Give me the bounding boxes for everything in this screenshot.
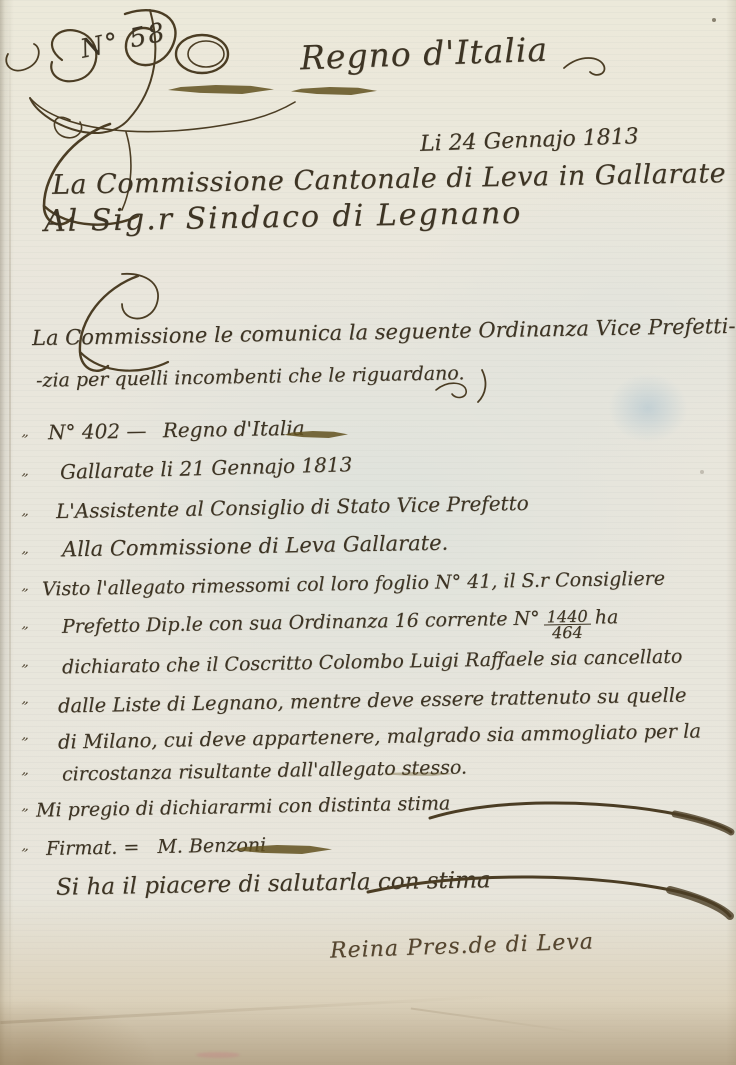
margin-ditto-mark: „ [21,503,30,520]
margin-ditto-mark: „ [21,691,30,708]
paper-stain [196,1052,240,1058]
ordinance-closing-line: Mi pregio di dichiararmi con distinta st… [36,792,451,821]
signatory-name: M. Benzoni [157,834,266,858]
ordinance-ref-title: Regno d'Italia [163,416,305,442]
signature: Reina Pres.de di Leva [330,929,595,963]
letter-scan: N° 58 Regno d'Italia Li 24 Gennajo 1813 … [0,0,736,1065]
margin-ditto-mark: „ [21,424,30,441]
ordinance-body-line: dalle Liste di Legnano, mentre deve esse… [58,684,687,718]
paper-fold-line [9,0,11,1065]
margin-ditto-mark: „ [21,798,30,815]
margin-ditto-mark: „ [21,762,30,779]
recipient-line: Al Sig.r Sindaco di Legnano [44,196,523,239]
closing-swash [425,790,735,840]
ordinance-issuer-line: L'Assistente al Consiglio di Stato Vice … [56,491,529,523]
ordinance-reference-pre: Prefetto Dip.le con sua Ordinanza 16 cor… [62,608,540,638]
margin-ditto-mark: „ [21,727,30,744]
dateline: Li 24 Gennajo 1813 [420,124,639,157]
ordinance-dateline: Gallarate li 21 Gennajo 1813 [60,452,353,484]
salutation-swash [360,868,736,924]
margin-ditto-mark: „ [21,654,30,671]
ink-speck [700,470,704,474]
ordinance-ref-number: N° 402 — [48,419,147,445]
ink-speck [712,18,716,22]
ordinance-ref-line: N° 402 — Regno d'Italia [48,416,305,444]
ordinance-body-line-with-reference: Prefetto Dip.le con sua Ordinanza 16 cor… [62,606,619,649]
ordinance-reference-fraction: 1440464 [544,608,592,641]
margin-ditto-mark: „ [21,541,30,558]
firmat-label: Firmat. = [46,836,140,860]
margin-ditto-mark: „ [21,463,30,480]
ordinance-body-line: circostanza risultante dall'allegato ste… [62,756,467,785]
paper-crease [411,1007,590,1034]
margin-ditto-mark: „ [21,578,30,595]
intro-end-swash [430,368,490,404]
ordinance-body-line: di Milano, cui deve appartenere, malgrad… [58,719,701,753]
margin-ditto-mark: „ [21,838,30,855]
page-title: Regno d'Italia [299,30,548,78]
ordinance-body-line: dichiarato che il Coscritto Colombo Luig… [62,646,683,679]
title-swash [560,48,620,78]
ordinance-signature-line: Firmat. = M. Benzoni [46,834,266,860]
margin-ditto-mark: „ [21,616,30,633]
ordinance-reference-post: ha [595,606,619,628]
ordinance-addressee-line: Alla Commissione di Leva Gallarate. [62,531,449,562]
fraction-denominator: 464 [544,625,591,641]
ordinance-body-line: Visto l'allegato rimessomi col loro fogl… [42,568,665,601]
title-underline-stroke [291,87,377,95]
